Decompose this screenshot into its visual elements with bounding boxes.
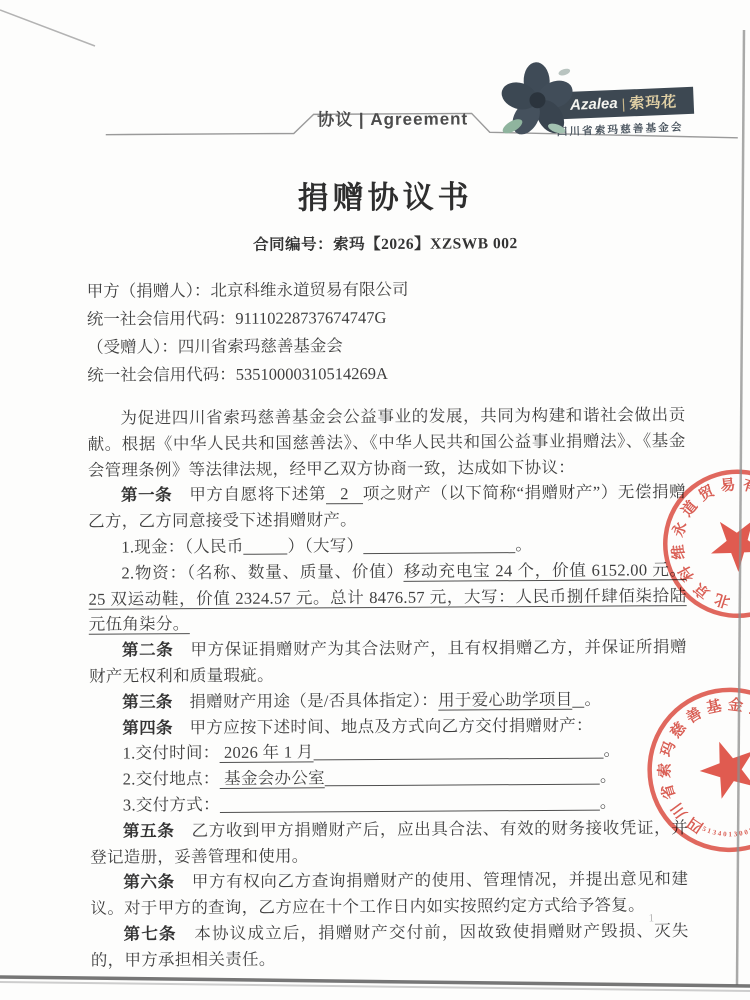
paragraph: 第七条 本协议成立后，捐赠财产交付前，因故致使捐赠财产毁损、灭失的，甲方承担相关… <box>91 918 689 973</box>
text-segment: 甲方有权向乙方查询捐赠财产的使用、管理情况，并提出意见和建议。对于甲方的查询，乙… <box>90 869 688 917</box>
text-segment: 2.交付地点： <box>123 769 220 789</box>
blank-underline <box>325 767 600 786</box>
filled-in-text: 基金会办公室 <box>220 768 325 789</box>
text-segment: 甲方自愿将下述第 <box>172 485 326 505</box>
filled-in-text: 用于爱心助学项目 <box>438 690 573 711</box>
svg-text:5134013007958: 5134013007958 <box>699 803 750 851</box>
text-segment: 乙方收到甲方捐赠财产后，应出具合法、有效的财务接收凭证，并登记造册，妥善管理和使… <box>90 818 688 866</box>
brand-logo: Azalea | 索玛花 四川省索玛慈善基金会 <box>494 52 708 151</box>
party-line-donee-code: 统一社会信用代码：53510000310514269A <box>87 358 685 390</box>
page-number: 1 <box>649 912 655 924</box>
star-icon <box>693 732 750 803</box>
article-label: 第二条 <box>122 640 174 659</box>
text-segment: 2.物资：（名称、数量、质量、价值） <box>121 562 404 583</box>
paragraph: 第三条 捐赠财产用途（是/否具体指定）：用于爱心助学项目。 <box>89 686 687 715</box>
company-seal-stamp: 北京科维永道贸易有限公司 <box>640 447 750 648</box>
foundation-seal-stamp: 四川省索玛慈善基金会 5134013007958 <box>631 679 750 880</box>
header-band-label: 协议 | Agreement <box>298 104 488 130</box>
article-label: 第三条 <box>122 692 173 711</box>
article-label: 第四条 <box>122 718 173 737</box>
paragraph: 2.交付地点： 基金会办公室。 <box>90 763 688 792</box>
foundation-seal-code: 5134013007958 <box>699 803 750 851</box>
doc-title: 捐赠协议书 <box>86 170 684 219</box>
text-segment: 1.交付时间： <box>122 743 219 763</box>
document: 捐赠协议书 合同编号：索玛【2026】XZSWB 002 甲方（捐赠人）：北京科… <box>86 170 689 973</box>
text-segment: 。 <box>515 535 532 554</box>
brand-name-cn: 索玛花 <box>629 90 678 113</box>
paragraph: 第一条 甲方自愿将下述第 2 项之财产（以下简称“捐赠财产”）无偿捐赠乙方，乙方… <box>88 479 686 534</box>
article-label: 第五条 <box>123 821 175 840</box>
text-segment: 捐赠财产用途（是/否具体指定）： <box>173 690 439 711</box>
text-segment: 甲方保证捐赠财产为其合法财产，且有权捐赠乙方，并保证所捐赠财产无权利和质量瑕疵。 <box>89 637 687 685</box>
blank-underline <box>244 537 288 555</box>
paragraph: 第五条 乙方收到甲方捐赠财产后，应出具合法、有效的财务接收凭证，并登记造册，妥善… <box>90 815 688 870</box>
article-label: 第一条 <box>121 486 172 505</box>
paragraph: 3.交付方式：。 <box>90 789 688 818</box>
filled-in-text: 2 <box>326 484 363 504</box>
blank-underline <box>363 536 515 554</box>
blank-underline <box>314 741 604 760</box>
text-segment: 。 <box>600 767 617 786</box>
text-segment: 甲方应按下述时间、地点及方式向乙方交付捐赠财产： <box>173 715 593 737</box>
text-segment: 1.现金：（人民币 <box>121 537 243 557</box>
text-segment: 。 <box>604 741 621 760</box>
paragraph: 1.交付时间： 2026 年 1 月。 <box>89 737 687 766</box>
filled-in-text: 2026 年 1 月 <box>219 743 313 764</box>
paragraph: 第六条 甲方有权向乙方查询捐赠财产的使用、管理情况，并提出意见和建议。对于甲方的… <box>90 866 688 921</box>
party-line-donor: 甲方（捐赠人）：北京科维永道贸易有限公司 <box>87 274 685 306</box>
party-line-donee: （受赠人）：四川省索玛慈善基金会 <box>87 330 685 362</box>
contract-number: 合同编号：索玛【2026】XZSWB 002 <box>86 230 684 256</box>
text-segment: 3.交付方式： <box>123 795 220 815</box>
article-label: 第七条 <box>124 924 177 943</box>
document-body: 为促进四川省索玛慈善基金会公益事业的发展，共同为构建和谐社会做出贡献。根据《中华… <box>87 402 688 973</box>
party-block: 甲方（捐赠人）：北京科维永道贸易有限公司 统一社会信用代码：9111022873… <box>87 274 686 390</box>
blank-underline <box>572 690 584 708</box>
page-sheet: 协议 | Agreement Azalea | 索玛花 四川省索玛慈善基金会 捐… <box>0 0 750 1000</box>
blank-underline <box>220 793 600 813</box>
paragraph: 1.现金：（人民币）（大写）。 <box>88 531 686 560</box>
azalea-flower-icon <box>494 57 590 151</box>
paragraph: 2.物资：（名称、数量、质量、价值）移动充电宝 24 个，价值 6152.00 … <box>88 557 686 638</box>
text-segment: 。 <box>600 792 617 811</box>
text-segment: ）（大写） <box>288 536 364 555</box>
star-icon <box>699 505 750 578</box>
brand-divider: | <box>621 95 625 111</box>
party-line-donor-code: 统一社会信用代码：91110228737674747G <box>87 302 685 334</box>
text-segment: 为促进四川省索玛慈善基金会公益事业的发展，共同为构建和谐社会做出贡献。根据《中华… <box>88 405 686 479</box>
paragraph: 第四条 甲方应按下述时间、地点及方式向乙方交付捐赠财产： <box>89 712 687 741</box>
article-label: 第六条 <box>123 873 175 892</box>
paragraph: 为促进四川省索玛慈善基金会公益事业的发展，共同为构建和谐社会做出贡献。根据《中华… <box>87 402 685 483</box>
text-segment: 本协议成立后，捐赠财产交付前，因故致使捐赠财产毁损、灭失的，甲方承担相关责任。 <box>91 921 689 969</box>
text-segment: 。 <box>584 689 601 708</box>
paragraph: 第二条 甲方保证捐赠财产为其合法财产，且有权捐赠乙方，并保证所捐赠财产无权利和质… <box>89 634 687 689</box>
